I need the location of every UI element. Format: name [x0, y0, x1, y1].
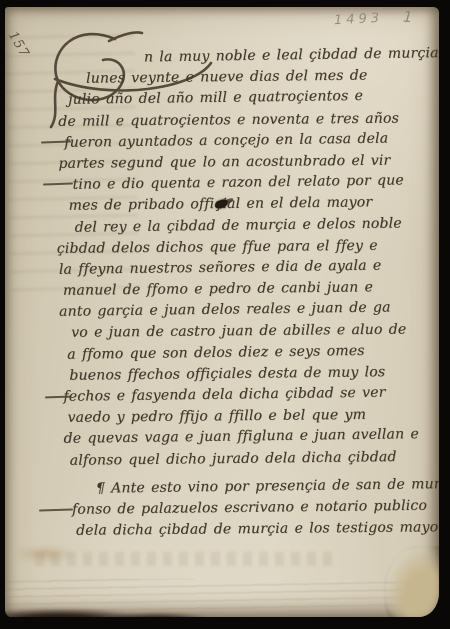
manuscript-page: 1493 1 157 n la muy noble e leal çibdad …: [5, 7, 439, 617]
edge-blotch-center: [100, 611, 240, 617]
manuscript-line: alfonso quel dicho jurado dela dicha çib…: [70, 446, 439, 471]
manuscript-line: del rey e la çibdad de murçia e delos no…: [75, 212, 439, 238]
manuscript-line: julio año del año mill e quatroçientos e: [68, 85, 439, 111]
manuscript-text: n la muy noble e leal çibdad de murçia l…: [56, 46, 439, 542]
pencil-folio-number: 1: [402, 8, 413, 27]
manuscript-line: dela dicha çibdad de murçia e los testig…: [76, 517, 439, 542]
manuscript-scan: 1493 1 157 n la muy noble e leal çibdad …: [0, 0, 450, 629]
stain-bottom-left: [13, 545, 77, 563]
verso-showthrough-bottom: [35, 552, 335, 566]
torn-corner-bottom-right: [384, 546, 439, 617]
pencil-year-annotation: 1493: [334, 11, 384, 29]
